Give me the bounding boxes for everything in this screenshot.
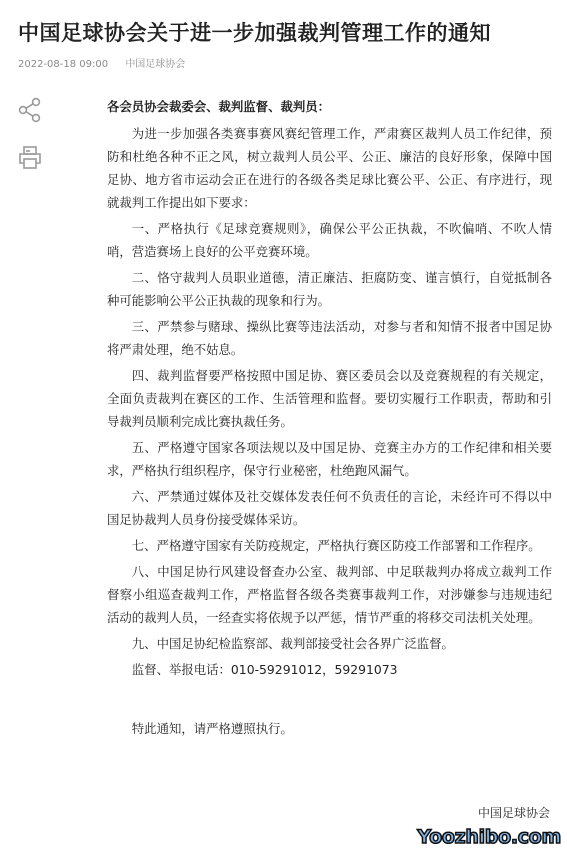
requirement-8: 八、中国足协行风建设督查办公室、裁判部、中足联裁判办将成立裁判工作督察小组巡查裁… <box>107 560 552 629</box>
article-source[interactable]: 中国足球协会 <box>125 59 185 70</box>
hotline: 监督、举报电话：010-59291012，59291073 <box>107 658 552 681</box>
article-title: 中国足球协会关于进一步加强裁判管理工作的通知 <box>18 18 491 48</box>
side-toolbar <box>17 97 45 193</box>
watermark: Yoozhibo.com <box>417 826 561 848</box>
requirement-6: 六、严禁通过媒体及社交媒体发表任何不负责任的言论，未经许可不得以中国足协裁判人员… <box>107 485 552 531</box>
publish-date: 2022-08-18 09:00 <box>18 59 108 70</box>
article-meta: 2022-08-18 09:00 中国足球协会 <box>18 55 185 70</box>
requirement-7: 七、严格遵守国家有关防疫规定，严格执行赛区防疫工作部署和工作程序。 <box>107 534 552 557</box>
print-icon[interactable] <box>17 145 43 171</box>
requirement-3: 三、严禁参与赌球、操纵比赛等违法活动，对参与者和知情不报者中国足协将严肃处理，绝… <box>107 315 552 361</box>
article-body: 各会员协会裁委会、裁判监督、裁判员： 为进一步加强各类赛事赛风赛纪管理工作，严肃… <box>107 95 552 743</box>
requirement-1: 一、严格执行《足球竞赛规则》，确保公平公正执裁，不吹偏哨、不吹人情哨，营造赛场上… <box>107 217 552 263</box>
requirement-4: 四、裁判监督要严格按照中国足协、赛区委员会以及竞赛规程的有关规定，全面负责裁判在… <box>107 364 552 433</box>
greeting: 各会员协会裁委会、裁判监督、裁判员： <box>107 95 552 118</box>
requirement-5: 五、严格遵守国家各项法规以及中国足协、竞赛主办方的工作纪律和相关要求，严格执行组… <box>107 436 552 482</box>
signature: 中国足球协会 <box>478 804 550 821</box>
share-icon[interactable] <box>17 97 43 123</box>
intro-paragraph: 为进一步加强各类赛事赛风赛纪管理工作，严肃赛区裁判人员工作纪律，预防和杜绝各种不… <box>107 122 552 214</box>
closing-line: 特此通知，请严格遵照执行。 <box>107 717 552 740</box>
requirement-2: 二、恪守裁判人员职业道德，清正廉洁、拒腐防变、谨言慎行，自觉抵制各种可能影响公平… <box>107 266 552 312</box>
requirement-9: 九、中国足协纪检监察部、裁判部接受社会各界广泛监督。 <box>107 632 552 655</box>
